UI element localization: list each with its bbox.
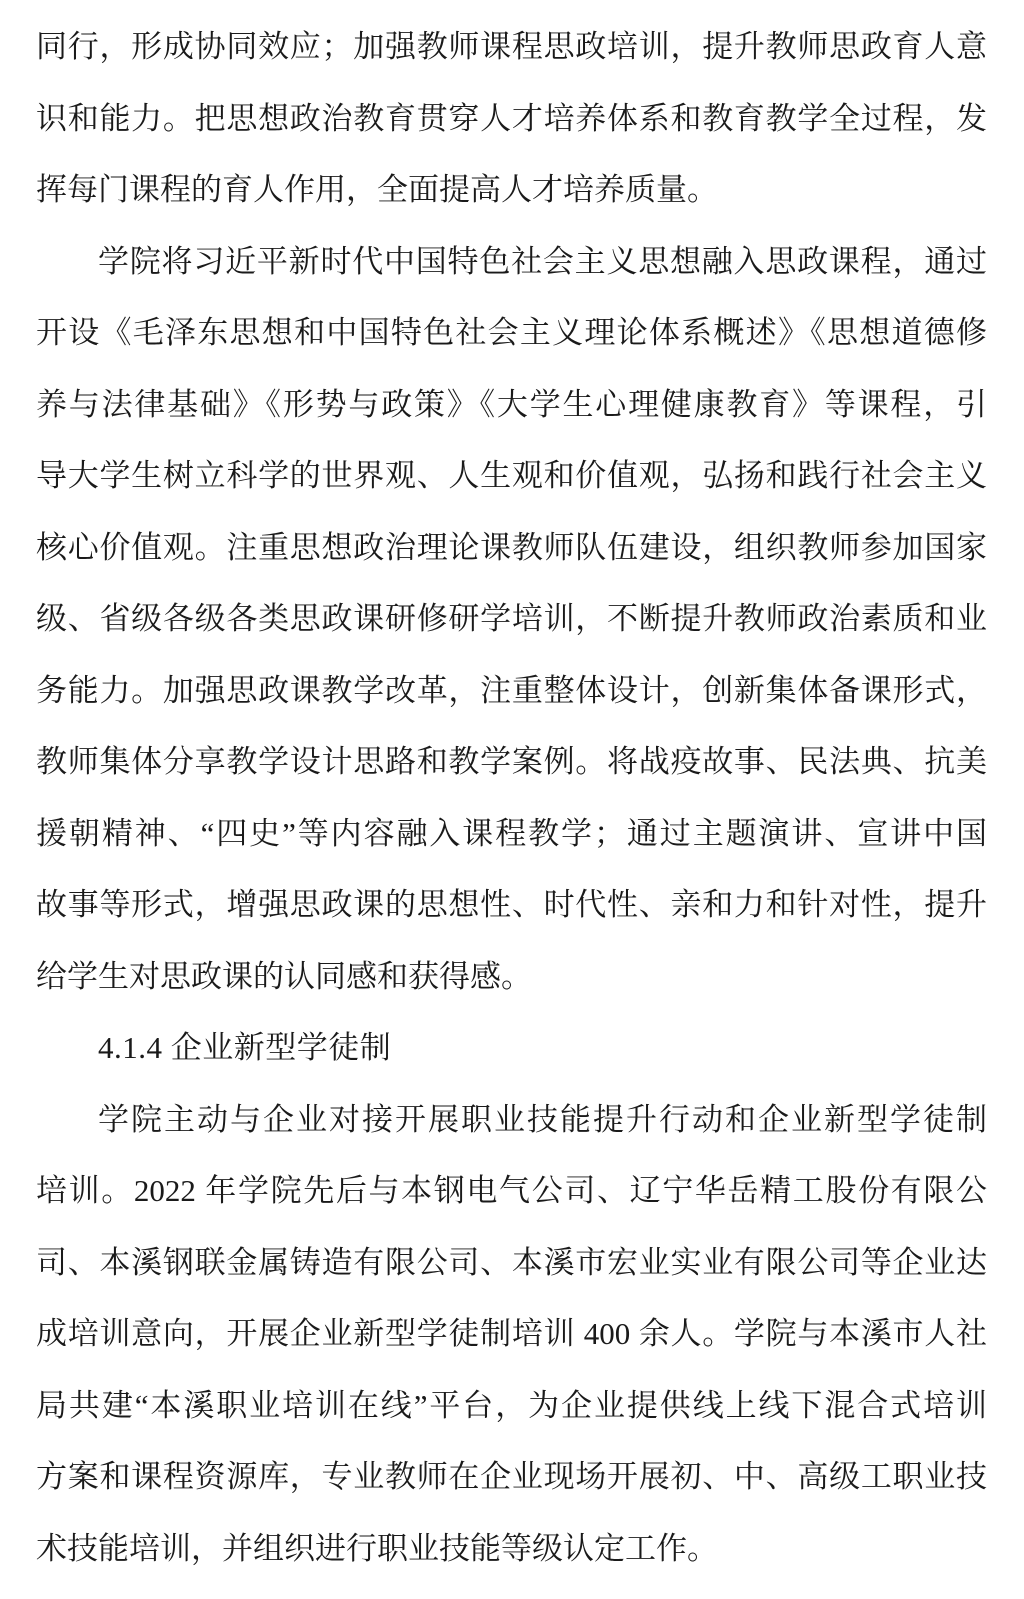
text-line: 务能力。加强思政课教学改革，注重整体设计，创新集体备课形式， <box>36 655 987 727</box>
text-line: 方案和课程资源库，专业教师在企业现场开展初、中、高级工职业技 <box>36 1441 987 1513</box>
text-line: 挥每门课程的育人作用，全面提高人才培养质量。 <box>36 154 987 226</box>
text-line: 教师集体分享教学设计思路和教学案例。将战疫故事、民法典、抗美 <box>36 726 987 798</box>
text-line: 识和能力。把思想政治教育贯穿人才培养体系和教育教学全过程，发 <box>36 83 987 155</box>
text-line: 培训。2022 年学院先后与本钢电气公司、辽宁华岳精工股份有限公 <box>36 1155 987 1227</box>
text-line: 学院将习近平新时代中国特色社会主义思想融入思政课程，通过 <box>36 226 987 298</box>
paragraph: 学院将习近平新时代中国特色社会主义思想融入思政课程，通过 开设《毛泽东思想和中国… <box>36 226 987 1013</box>
document-page: 同行，形成协同效应；加强教师课程思政培训，提升教师思政育人意 识和能力。把思想政… <box>0 0 1024 1584</box>
text-line: 同行，形成协同效应；加强教师课程思政培训，提升教师思政育人意 <box>36 11 987 83</box>
text-line: 术技能培训，并组织进行职业技能等级认定工作。 <box>36 1513 987 1585</box>
section-heading: 4.1.4 企业新型学徒制 <box>36 1012 987 1084</box>
text-line: 学院主动与企业对接开展职业技能提升行动和企业新型学徒制 <box>36 1084 987 1156</box>
text-line: 级、省级各级各类思政课研修研学培训，不断提升教师政治素质和业 <box>36 583 987 655</box>
text-line: 司、本溪钢联金属铸造有限公司、本溪市宏业实业有限公司等企业达 <box>36 1227 987 1299</box>
paragraph: 同行，形成协同效应；加强教师课程思政培训，提升教师思政育人意 识和能力。把思想政… <box>36 11 987 226</box>
text-line: 开设《毛泽东思想和中国特色社会主义理论体系概述》《思想道德修 <box>36 297 987 369</box>
text-line: 援朝精神、“四史”等内容融入课程教学；通过主题演讲、宣讲中国 <box>36 798 987 870</box>
text-line: 养与法律基础》《形势与政策》《大学生心理健康教育》等课程，引 <box>36 369 987 441</box>
paragraph: 学院主动与企业对接开展职业技能提升行动和企业新型学徒制 培训。2022 年学院先… <box>36 1084 987 1585</box>
text-line: 导大学生树立科学的世界观、人生观和价值观，弘扬和践行社会主义 <box>36 440 987 512</box>
text-line: 局共建“本溪职业培训在线”平台，为企业提供线上线下混合式培训 <box>36 1370 987 1442</box>
text-line: 给学生对思政课的认同感和获得感。 <box>36 941 987 1013</box>
text-line: 核心价值观。注重思想政治理论课教师队伍建设，组织教师参加国家 <box>36 512 987 584</box>
text-line: 故事等形式，增强思政课的思想性、时代性、亲和力和针对性，提升 <box>36 869 987 941</box>
text-line: 成培训意向，开展企业新型学徒制培训 400 余人。学院与本溪市人社 <box>36 1298 987 1370</box>
